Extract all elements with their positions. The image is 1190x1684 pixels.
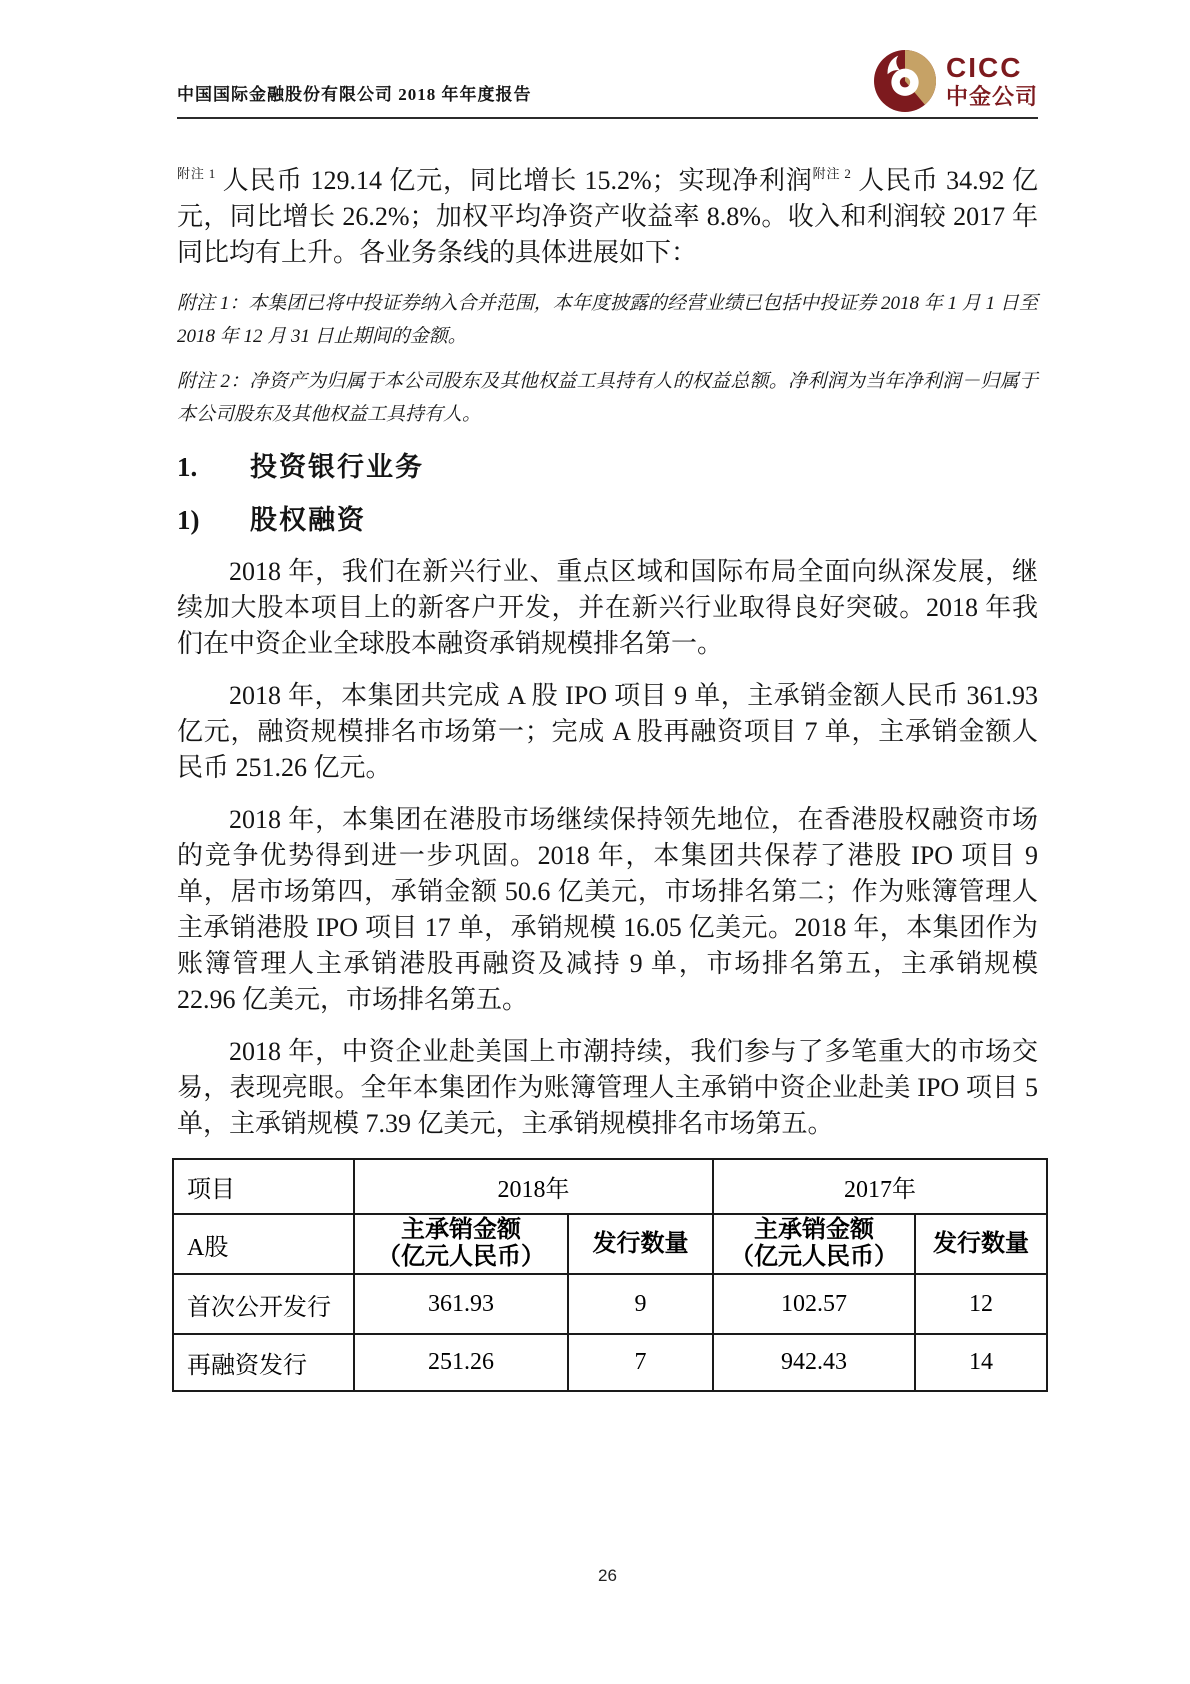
intro-text-part1: 人民币 129.14 亿元，同比增长 15.2%；实现净利润 <box>215 166 812 195</box>
subsection-title: 股权融资 <box>250 505 366 535</box>
paragraph-hk-market: 2018 年，本集团在港股市场继续保持领先地位，在香港股权融资市场的竞争优势得到… <box>177 802 1038 1018</box>
row-label: 首次公开发行 <box>173 1274 354 1334</box>
count-2018-value: 7 <box>568 1334 713 1391</box>
category-cell: A股 <box>173 1214 354 1274</box>
amount-2017-header-cell: 主承销金额 （亿元人民币） <box>713 1214 915 1274</box>
logo-chinese-name: 中金公司 <box>946 86 1038 108</box>
amount-2018-value: 361.93 <box>354 1274 568 1334</box>
page-number: 26 <box>177 1566 1038 1586</box>
report-title: 中国国际金融股份有限公司 2018 年年度报告 <box>177 80 532 105</box>
count-2018-header-cell: 发行数量 <box>568 1214 713 1274</box>
table-row-refinancing: 再融资发行 251.26 7 942.43 14 <box>173 1334 1047 1391</box>
report-page: 中国国际金融股份有限公司 2018 年年度报告 CICC 中金公司 附注 1 人… <box>0 0 1190 1684</box>
footnote-ref-2: 附注 2 <box>813 166 851 181</box>
count-2017-value: 14 <box>915 1334 1047 1391</box>
logo-latin-name: CICC <box>946 54 1038 82</box>
year-2017-header-cell: 2017年 <box>713 1159 1047 1214</box>
count-2017-value: 12 <box>915 1274 1047 1334</box>
a-share-underwriting-table: 项目 2018年 2017年 A股 主承销金额 （亿元人民币） 发行数量 主承销… <box>172 1158 1048 1392</box>
row-label: 再融资发行 <box>173 1334 354 1391</box>
year-2018-header-cell: 2018年 <box>354 1159 713 1214</box>
amount-label-line1: 主承销金额 <box>359 1217 563 1244</box>
subsection-number: 1) <box>177 502 250 538</box>
amount-label-line1: 主承销金额 <box>718 1217 910 1244</box>
amount-2018-header-cell: 主承销金额 （亿元人民币） <box>354 1214 568 1274</box>
amount-2018-value: 251.26 <box>354 1334 568 1391</box>
cicc-logo-text: CICC 中金公司 <box>946 54 1038 108</box>
intro-paragraph: 附注 1 人民币 129.14 亿元，同比增长 15.2%；实现净利润附注 2 … <box>177 156 1038 271</box>
section-number: 1. <box>177 449 250 485</box>
amount-2017-value: 102.57 <box>713 1274 915 1334</box>
count-2018-value: 9 <box>568 1274 713 1334</box>
amount-2017-value: 942.43 <box>713 1334 915 1391</box>
item-header-cell: 项目 <box>173 1159 354 1214</box>
section-heading-investment-banking: 1.投资银行业务 <box>177 449 1038 485</box>
paragraph-overview: 2018 年，我们在新兴行业、重点区域和国际布局全面向纵深发展，继续加大股本项目… <box>177 554 1038 662</box>
section-title: 投资银行业务 <box>250 452 424 482</box>
cicc-logo: CICC 中金公司 <box>874 50 1038 112</box>
cicc-logo-icon <box>874 50 936 112</box>
count-2017-header-cell: 发行数量 <box>915 1214 1047 1274</box>
subsection-heading-equity-financing: 1)股权融资 <box>177 502 1038 538</box>
footnote-1: 附注 1：本集团已将中投证券纳入合并范围，本年度披露的经营业绩已包括中投证券 2… <box>177 287 1038 353</box>
footnote-2: 附注 2：净资产为归属于本公司股东及其他权益工具持有人的权益总额。净利润为当年净… <box>177 365 1038 431</box>
page-header: 中国国际金融股份有限公司 2018 年年度报告 CICC 中金公司 <box>177 0 1038 119</box>
table-subheader-row: A股 主承销金额 （亿元人民币） 发行数量 主承销金额 （亿元人民币） 发行数量 <box>173 1214 1047 1274</box>
table-row-ipo: 首次公开发行 361.93 9 102.57 12 <box>173 1274 1047 1334</box>
paragraph-us-listing: 2018 年，中资企业赴美国上市潮持续，我们参与了多笔重大的市场交易，表现亮眼。… <box>177 1034 1038 1142</box>
main-text: 附注 1 人民币 129.14 亿元，同比增长 15.2%；实现净利润附注 2 … <box>177 156 1038 1392</box>
paragraph-a-share: 2018 年，本集团共完成 A 股 IPO 项目 9 单，主承销金额人民币 36… <box>177 678 1038 786</box>
amount-label-line2: （亿元人民币） <box>359 1244 563 1271</box>
table-year-header-row: 项目 2018年 2017年 <box>173 1159 1047 1214</box>
footnote-ref-1: 附注 1 <box>177 166 215 181</box>
amount-label-line2: （亿元人民币） <box>718 1244 910 1271</box>
